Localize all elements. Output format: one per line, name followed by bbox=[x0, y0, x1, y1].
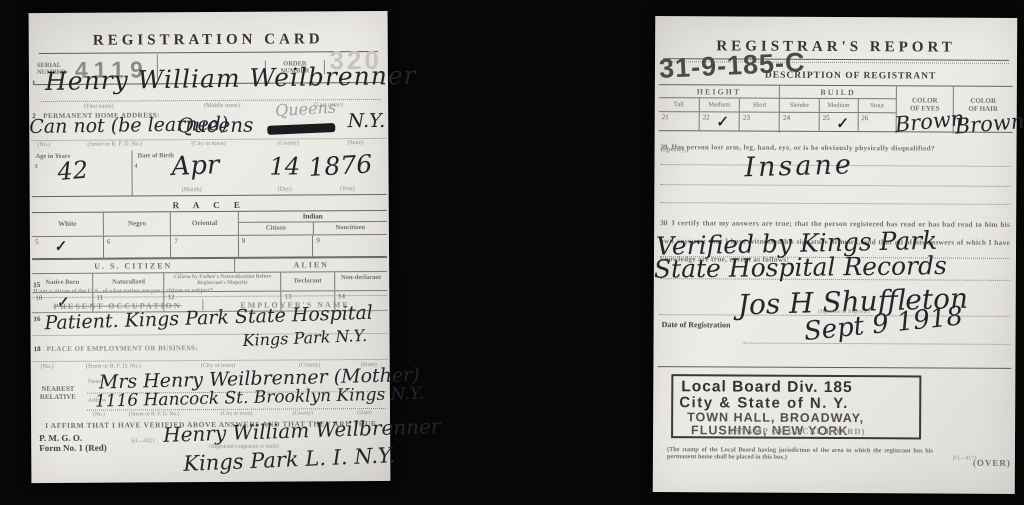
line18-label: PLACE OF EMPLOYMENT OR BUSINESS: bbox=[47, 344, 198, 353]
address-state-handwriting: N.Y. bbox=[348, 110, 386, 132]
race-indian-group: Indian Citizen Noncitizen bbox=[238, 211, 387, 235]
name-sublabel-first: (First name) bbox=[84, 104, 114, 111]
certification-handwriting-line2: State Hospital Records bbox=[654, 251, 947, 284]
birth-month-handwriting: Apr bbox=[171, 150, 220, 182]
race-negro-cell: 6 bbox=[103, 236, 171, 257]
birth-day-handwriting: 14 bbox=[269, 152, 300, 180]
stamp-instruction-note: (The stamp of the Local Board having jur… bbox=[667, 446, 933, 461]
race-oriental-cell: 7 bbox=[170, 236, 238, 257]
birth-label: Date of Birth bbox=[137, 152, 174, 159]
relative-sublabel-street: (Street or R. F. D. No.) bbox=[129, 411, 179, 417]
height-medium-number: 22 bbox=[703, 113, 710, 121]
place-sublabel-street: (Street or R. F. D. No.) bbox=[86, 363, 141, 370]
race-citizen-number: 8 bbox=[242, 237, 246, 245]
over-label: (OVER) bbox=[973, 458, 1011, 468]
line29-rule2 bbox=[660, 184, 1010, 187]
alien-heading: ALIEN bbox=[234, 258, 387, 272]
race-white-cell: 5 ✓ bbox=[32, 237, 103, 258]
age-birth-divider bbox=[131, 150, 132, 195]
race-col-negro-label: Negro bbox=[103, 212, 171, 235]
build-medium-checkmark: ✓ bbox=[835, 115, 849, 132]
build-stout-label: Stout bbox=[857, 99, 896, 112]
build-slender-number: 24 bbox=[783, 114, 790, 122]
disqualification-handwriting: Insane bbox=[744, 149, 854, 183]
form-org: P. M. G. O. bbox=[39, 433, 107, 443]
registrars-report-card: REGISTRAR'S REPORT 31-9-185-C DESCRIPTIO… bbox=[653, 16, 1017, 494]
employment-place-handwriting: Kings Park N.Y. bbox=[242, 326, 367, 350]
form-number: Form No. 1 (Red) bbox=[39, 443, 107, 453]
us-citizen-heading: U. S. CITIZEN bbox=[32, 259, 234, 273]
race-noncitizen-number: 9 bbox=[316, 236, 320, 244]
age-item-number: 3 bbox=[34, 164, 37, 171]
race-col-oriental-label: Oriental bbox=[170, 212, 238, 235]
height-tall-label: Tall bbox=[659, 98, 699, 111]
build-group: BUILD Slender Medium Stout 24 25 ✓ bbox=[779, 86, 896, 134]
birth-year-handwriting: 1876 bbox=[308, 149, 373, 182]
race-white-checkmark: ✓ bbox=[53, 238, 67, 256]
height-short-cell: 23 bbox=[739, 112, 779, 130]
build-medium-label: Medium bbox=[819, 99, 858, 112]
race-col-white-label: White bbox=[32, 213, 103, 236]
local-board-stamp-box: Local Board Div. 185 City & State of N. … bbox=[671, 374, 921, 439]
relative-label-line2: RELATIVE bbox=[33, 393, 83, 401]
height-heading: HEIGHT bbox=[659, 85, 779, 98]
line18-baseline bbox=[33, 359, 388, 362]
scan-background: REGISTRATION CARD SERIAL NUMBER 4119 ORD… bbox=[0, 0, 1024, 505]
height-tall-number: 21 bbox=[662, 113, 669, 121]
age-value-handwriting: 42 bbox=[57, 156, 90, 186]
form-identifier: P. M. G. O. Form No. 1 (Red) bbox=[39, 433, 107, 453]
height-short-label: Short bbox=[739, 98, 779, 111]
address-county-overwrite: Queens bbox=[275, 98, 337, 121]
address-sublabel-city: (City or town) bbox=[191, 141, 225, 148]
place-sublabel-no: (No.) bbox=[41, 364, 54, 371]
height-short-number: 23 bbox=[743, 114, 750, 122]
line30-number: 30 bbox=[660, 218, 667, 227]
address-sublabel-state: (State) bbox=[347, 140, 363, 147]
hair-color-handwriting: Brown bbox=[954, 109, 1024, 139]
race-white-number: 5 bbox=[35, 238, 39, 246]
race-col-citizen-label: Citizen bbox=[239, 222, 313, 234]
race-col-noncitizen-label: Noncitizen bbox=[313, 222, 387, 234]
stamp-of-local-board-caption: (STAMP OF LOCAL BOARD) bbox=[698, 425, 898, 436]
relative-sublabel-no: (No.) bbox=[93, 412, 105, 418]
height-medium-label: Medium bbox=[699, 98, 739, 111]
name-sublabel-middle: (Middle name) bbox=[204, 103, 240, 110]
age-birth-row: Age in Years 3 42 Date of Birth 4 Apr 14… bbox=[31, 149, 386, 197]
race-citizen-cell: 8 bbox=[238, 235, 313, 256]
stamp-section-rule bbox=[657, 366, 1011, 369]
registration-card: REGISTRATION CARD SERIAL NUMBER 4119 ORD… bbox=[29, 11, 391, 483]
build-slender-cell: 24 bbox=[780, 113, 819, 131]
address-city-handwriting: Queens bbox=[177, 113, 253, 137]
birth-sublabel-year: (Year) bbox=[340, 186, 355, 193]
date-of-registration-baseline bbox=[744, 343, 1010, 345]
eyes-heading-line1: COLOR bbox=[897, 96, 953, 104]
birth-sublabel-month: (Month) bbox=[182, 187, 202, 194]
relative-sublabel-county: (County) bbox=[293, 410, 313, 416]
description-heading: DESCRIPTION OF REGISTRANT bbox=[765, 71, 936, 82]
race-noncitizen-cell: 9 bbox=[312, 235, 387, 256]
line1-number: 1 bbox=[32, 79, 36, 87]
build-medium-cell: 25 ✓ bbox=[819, 113, 858, 131]
form-print-code: 63—4321 bbox=[131, 438, 155, 445]
relative-sublabel-city: (City or town) bbox=[221, 411, 253, 417]
height-group: HEIGHT Tall Medium Short 21 22 ✓ bbox=[659, 85, 780, 133]
race-table: White Negro Oriental Indian Citizen Nonc… bbox=[32, 210, 387, 259]
height-medium-checkmark: ✓ bbox=[715, 114, 729, 131]
race-oriental-number: 7 bbox=[174, 237, 178, 245]
address-sublabel-no: (No.) bbox=[37, 142, 50, 149]
build-heading: BUILD bbox=[780, 86, 896, 99]
address-sublabel-street: (Street or R. F. D. No.) bbox=[87, 141, 142, 148]
birth-item-number: 4 bbox=[134, 163, 137, 170]
build-slender-label: Slender bbox=[780, 99, 819, 112]
registrant-name-handwriting: Henry William Weilbrenner bbox=[45, 61, 417, 96]
line16-number: 16 bbox=[33, 315, 40, 323]
nearest-relative-label: NEAREST RELATIVE bbox=[33, 385, 83, 401]
relative-sublabel-state: (State) bbox=[357, 410, 372, 416]
build-stout-number: 26 bbox=[861, 114, 868, 122]
line29-rule3 bbox=[660, 202, 1010, 205]
build-medium-number: 25 bbox=[823, 114, 830, 122]
birth-sublabel-day: (Day) bbox=[278, 186, 292, 193]
height-tall-cell: 21 bbox=[659, 112, 699, 130]
address-sublabel-county: (County) bbox=[277, 140, 299, 147]
line18-number: 18 bbox=[34, 345, 41, 353]
line29-specify-label: (Specify.) bbox=[661, 145, 689, 153]
race-negro-number: 6 bbox=[107, 238, 111, 246]
crossed-out-word bbox=[267, 123, 335, 135]
line15-number: 15 bbox=[33, 281, 40, 289]
height-medium-cell: 22 ✓ bbox=[699, 112, 739, 130]
date-of-registration-label: Date of Registration bbox=[662, 320, 731, 329]
registrant-signature-line1: Henry William Weilbrenner bbox=[163, 414, 441, 447]
build-stout-cell: 26 bbox=[857, 113, 896, 131]
